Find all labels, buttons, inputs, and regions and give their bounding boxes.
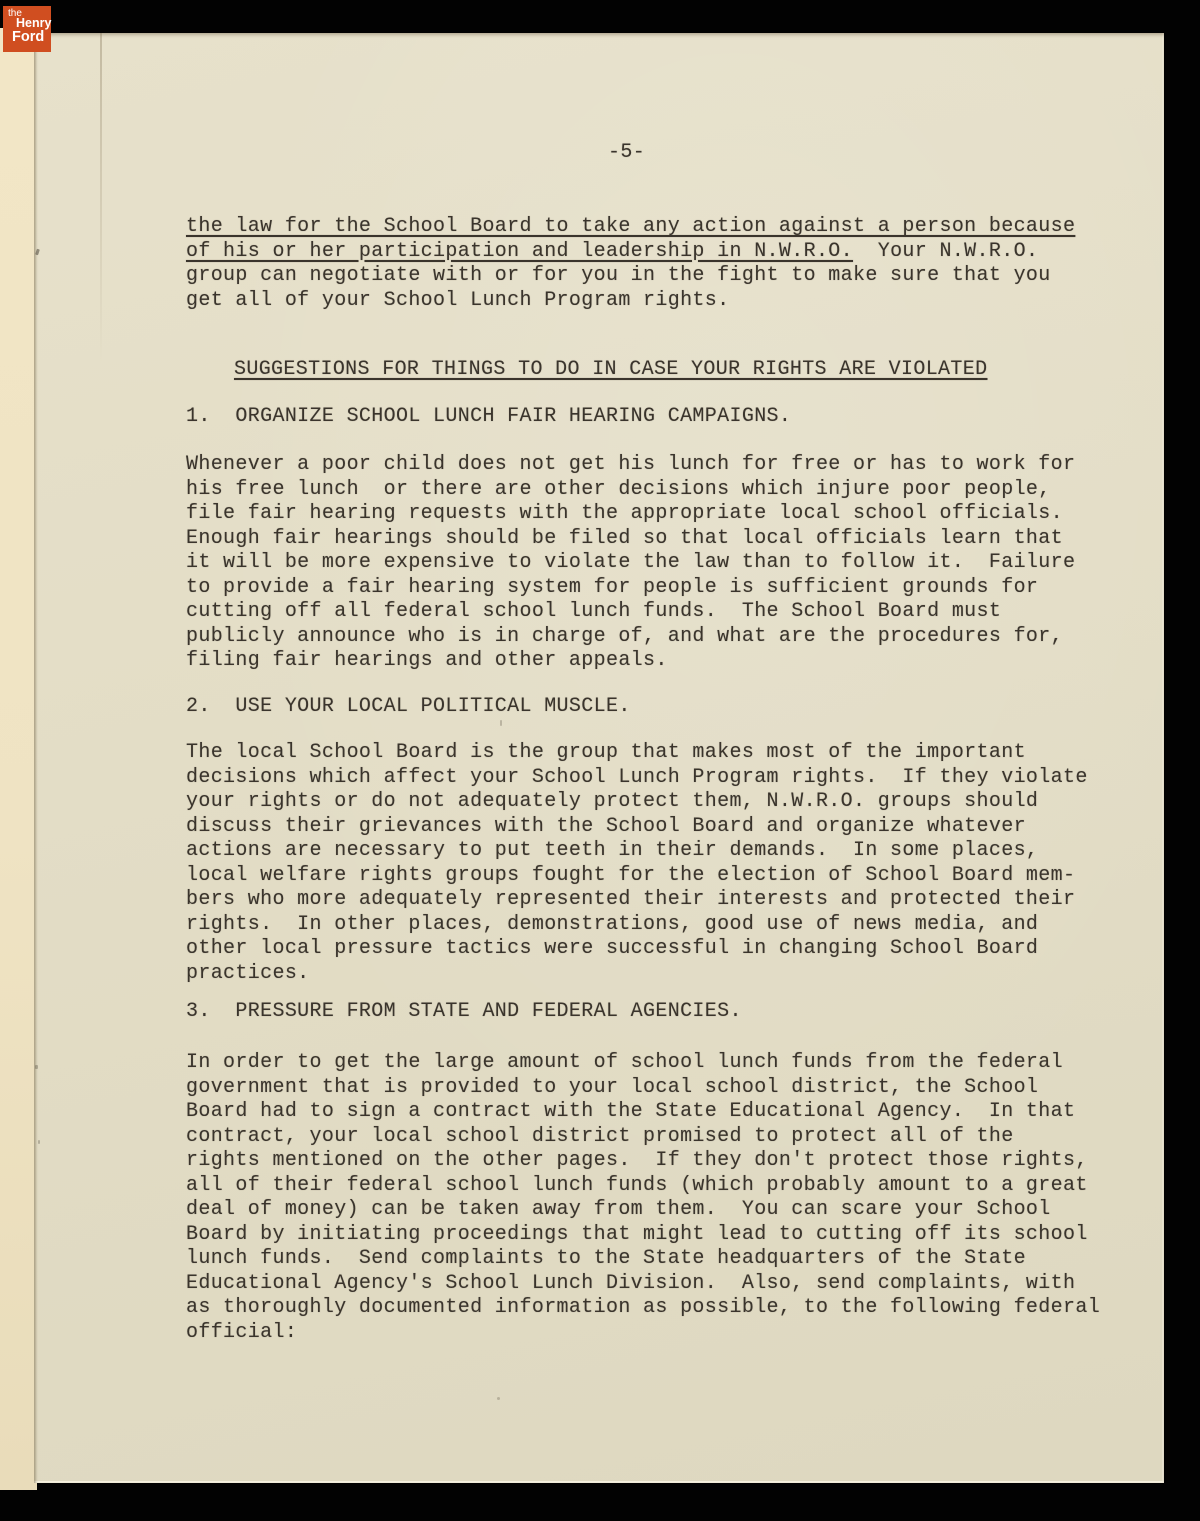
text-line: his free lunch or there are other decisi… (186, 478, 1075, 503)
scan-speck (35, 249, 40, 256)
text-line: actions are necessary to put teeth in th… (186, 839, 1088, 864)
text-line: file fair hearing requests with the appr… (186, 502, 1075, 527)
item-2-title: 2. USE YOUR LOCAL POLITICAL MUSCLE. (186, 695, 631, 720)
text-line: deal of money) can be taken away from th… (186, 1198, 1100, 1223)
text-line: The local School Board is the group that… (186, 741, 1088, 766)
text-line: all of their federal school lunch funds … (186, 1174, 1100, 1199)
item-2-body: The local School Board is the group that… (186, 741, 1088, 986)
item-1-body: Whenever a poor child does not get his l… (186, 453, 1075, 674)
text-line: Enough fair hearings should be filed so … (186, 527, 1075, 552)
text-line: Educational Agency's School Lunch Divisi… (186, 1272, 1100, 1297)
scanned-document-view: -5- the law for the School Board to take… (0, 0, 1200, 1521)
scan-speck (38, 1140, 40, 1144)
scan-speck (497, 1397, 500, 1400)
underlined-text: the law for the School Board to take any… (186, 215, 1075, 238)
plain-text: Your N.W.R.O. (853, 240, 1038, 263)
text-line: bers who more adequately represented the… (186, 888, 1088, 913)
text-line: government that is provided to your loca… (186, 1076, 1100, 1101)
text-line: publicly announce who is in charge of, a… (186, 625, 1075, 650)
text-line: contract, your local school district pro… (186, 1125, 1100, 1150)
text-line: Board by initiating proceedings that mig… (186, 1223, 1100, 1248)
section-heading-text: SUGGESTIONS FOR THINGS TO DO IN CASE YOU… (234, 358, 987, 381)
text-line: lunch funds. Send complaints to the Stat… (186, 1247, 1100, 1272)
text-line: it will be more expensive to violate the… (186, 551, 1075, 576)
text-line: official: (186, 1321, 1100, 1346)
text-line: rights. In other places, demonstrations,… (186, 913, 1088, 938)
document-page: -5- the law for the School Board to take… (34, 33, 1164, 1483)
text-line: In order to get the large amount of scho… (186, 1051, 1100, 1076)
text-line: the law for the School Board to take any… (186, 215, 1075, 240)
section-heading: SUGGESTIONS FOR THINGS TO DO IN CASE YOU… (234, 358, 987, 383)
page-number: -5- (608, 141, 645, 166)
text-line: local welfare rights groups fought for t… (186, 864, 1088, 889)
text-line: group can negotiate with or for you in t… (186, 264, 1075, 289)
text-line: to provide a fair hearing system for peo… (186, 576, 1075, 601)
scan-speck (500, 720, 502, 726)
text-line: practices. (186, 962, 1088, 987)
intro-paragraph: the law for the School Board to take any… (186, 215, 1075, 313)
text-line: Whenever a poor child does not get his l… (186, 453, 1075, 478)
underlying-page-edge (0, 28, 37, 1490)
text-line: your rights or do not adequately protect… (186, 790, 1088, 815)
item-3-body: In order to get the large amount of scho… (186, 1051, 1100, 1345)
text-line: decisions which affect your School Lunch… (186, 766, 1088, 791)
text-line: Board had to sign a contract with the St… (186, 1100, 1100, 1125)
text-line: get all of your School Lunch Program rig… (186, 289, 1075, 314)
text-line: rights mentioned on the other pages. If … (186, 1149, 1100, 1174)
text-line: discuss their grievances with the School… (186, 815, 1088, 840)
logo-text-henry: Henry (16, 16, 51, 30)
underlined-text: of his or her participation and leadersh… (186, 240, 853, 263)
item-1-title: 1. ORGANIZE SCHOOL LUNCH FAIR HEARING CA… (186, 405, 791, 430)
logo-text-ford: Ford (12, 29, 44, 45)
text-line: filing fair hearings and other appeals. (186, 649, 1075, 674)
text-line: cutting off all federal school lunch fun… (186, 600, 1075, 625)
text-line: as thoroughly documented information as … (186, 1296, 1100, 1321)
henry-ford-archive-logo: the Henry Ford (3, 6, 51, 52)
page-crease (100, 33, 102, 363)
text-line: other local pressure tactics were succes… (186, 937, 1088, 962)
item-3-title: 3. PRESSURE FROM STATE AND FEDERAL AGENC… (186, 1000, 742, 1025)
scan-speck (35, 1065, 38, 1069)
text-line: of his or her participation and leadersh… (186, 240, 1075, 265)
